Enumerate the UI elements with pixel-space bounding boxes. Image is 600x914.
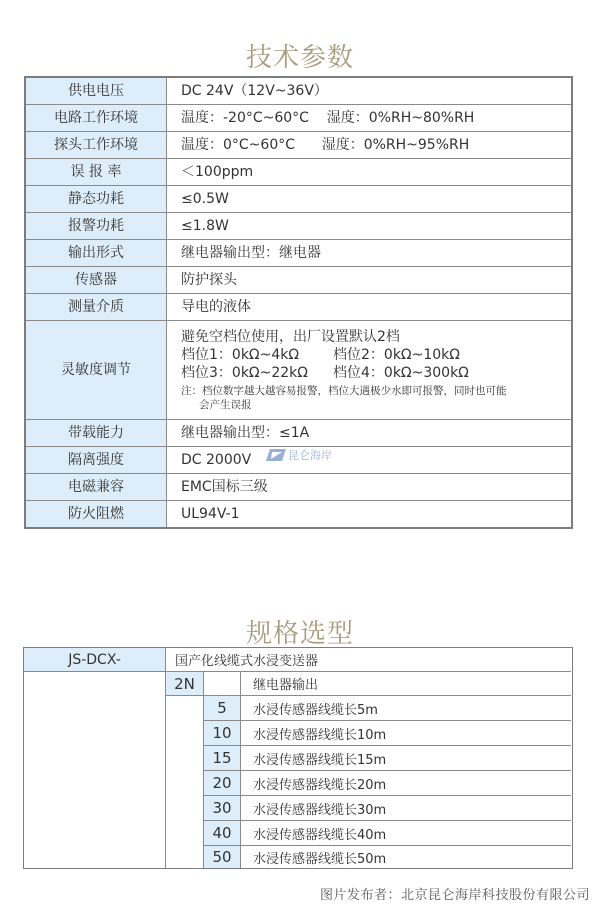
output-code-cell: 2N: [166, 672, 203, 695]
sensitivity-gears-3-4: 档位3：0kΩ~22kΩ 档位4：0kΩ~300kΩ: [181, 364, 571, 382]
spec-row: 防火阻燃 UL94V-1: [25, 501, 572, 529]
spec-row: 误 报 率 ＜100ppm: [25, 159, 572, 186]
length-desc: 水浸传感器线缆长50m: [253, 848, 386, 867]
sensitivity-gears-1-2: 档位1：0kΩ~4kΩ 档位2：0kΩ~10kΩ: [181, 346, 571, 364]
length-code-cell: 10: [204, 721, 240, 745]
divider: [203, 795, 571, 796]
gear-4: 档位4：0kΩ~300kΩ: [333, 364, 469, 382]
spec-value: DC 24V（12V~36V）: [167, 77, 573, 105]
length-desc: 水浸传感器线缆长20m: [253, 774, 386, 793]
spec-label: 输出形式: [25, 240, 167, 267]
sensitivity-value: 避免空档位使用，出厂设置默认2档 档位1：0kΩ~4kΩ 档位2：0kΩ~10k…: [167, 321, 573, 420]
length-desc-cell: 水浸传感器线缆长20m: [241, 771, 571, 795]
spec-row: 传感器 防护探头: [25, 267, 572, 294]
spec-row: 供电电压 DC 24V（12V~36V）: [25, 77, 572, 105]
model-selection-table: JS-DCX- 国产化线缆式水浸变送器 2N 继电器输出 5 水浸传感器线缆长5…: [23, 647, 573, 869]
length-desc-cell: 水浸传感器线缆长30m: [241, 796, 571, 820]
note-line-1: 注：档位数字越大越容易报警，档位大遇极少水即可报警，同时也可能: [181, 384, 563, 398]
sensitivity-default-note: 避免空档位使用，出厂设置默认2档: [181, 328, 571, 346]
spec-value: 导电的液体: [167, 294, 573, 321]
spec-value: 温度：-20°C~60°C 湿度：0%RH~80%RH: [167, 105, 573, 132]
length-code-cell: 40: [204, 821, 240, 845]
gear-1: 档位1：0kΩ~4kΩ: [181, 346, 333, 364]
spec-row: 报警功耗 ≤1.8W: [25, 213, 572, 240]
spec-row: 输出形式 继电器输出型：继电器: [25, 240, 572, 267]
divider: [165, 695, 571, 696]
image-credit: 图片发布者：北京昆仑海岸科技股份有限公司: [320, 884, 590, 903]
length-code-cell: 50: [204, 846, 240, 868]
output-desc: 继电器输出: [253, 674, 318, 693]
divider: [203, 820, 571, 821]
length-desc: 水浸传感器线缆长10m: [253, 724, 386, 743]
length-code: 15: [212, 749, 231, 767]
divider: [203, 745, 571, 746]
logo-icon: [266, 449, 286, 461]
spec-value: DC 2000V: [167, 447, 573, 474]
spec-value: ≤0.5W: [167, 186, 573, 213]
model-prefix-cell: JS-DCX-: [24, 648, 165, 671]
divider: [203, 720, 571, 721]
spec-label: 带载能力: [25, 420, 167, 447]
divider: [203, 770, 571, 771]
note-line-2: 会产生误报: [181, 398, 563, 412]
spec-label: 隔离强度: [25, 447, 167, 474]
length-code-cell: 20: [204, 771, 240, 795]
model-prefix-desc: 国产化线缆式水浸变送器: [175, 650, 318, 669]
divider: [165, 648, 166, 868]
model-prefix-desc-cell: 国产化线缆式水浸变送器: [165, 648, 571, 671]
divider: [203, 845, 571, 846]
length-code: 50: [212, 848, 231, 866]
spec-label: 测量介质: [25, 294, 167, 321]
spec-label: 探头工作环境: [25, 132, 167, 159]
spec-value: 温度：0°C~60°C 湿度：0%RH~95%RH: [167, 132, 573, 159]
length-desc: 水浸传感器线缆长5m: [253, 699, 378, 718]
output-code: 2N: [174, 675, 195, 693]
spec-label: 误 报 率: [25, 159, 167, 186]
length-code: 5: [217, 699, 227, 717]
length-code-cell: 15: [204, 746, 240, 770]
spec-value: 防护探头: [167, 267, 573, 294]
length-desc-cell: 水浸传感器线缆长50m: [241, 846, 571, 868]
model-prefix: JS-DCX-: [68, 652, 121, 668]
length-code: 10: [212, 724, 231, 742]
spec-label: 静态功耗: [25, 186, 167, 213]
length-code: 40: [212, 824, 231, 842]
output-desc-cell: 继电器输出: [241, 672, 571, 695]
model-section-title: 规格选型: [0, 613, 600, 650]
length-desc-cell: 水浸传感器线缆长15m: [241, 746, 571, 770]
gear-3: 档位3：0kΩ~22kΩ: [181, 364, 333, 382]
spec-label: 防火阻燃: [25, 501, 167, 529]
spec-value: UL94V-1: [167, 501, 573, 529]
length-code-cell: 30: [204, 796, 240, 820]
length-desc-cell: 水浸传感器线缆长10m: [241, 721, 571, 745]
spec-row-sensitivity: 灵敏度调节 避免空档位使用，出厂设置默认2档 档位1：0kΩ~4kΩ 档位2：0…: [25, 321, 572, 420]
spec-value: 继电器输出型：继电器: [167, 240, 573, 267]
length-desc: 水浸传感器线缆长15m: [253, 749, 386, 768]
spec-value: ＜100ppm: [167, 159, 573, 186]
spec-row: 电路工作环境 温度：-20°C~60°C 湿度：0%RH~80%RH: [25, 105, 572, 132]
spec-label: 报警功耗: [25, 213, 167, 240]
spec-value: ≤1.8W: [167, 213, 573, 240]
spec-label: 供电电压: [25, 77, 167, 105]
length-code: 30: [212, 799, 231, 817]
length-desc: 水浸传感器线缆长30m: [253, 799, 386, 818]
spec-row: 带载能力 继电器输出型：≤1A: [25, 420, 572, 447]
gear-2: 档位2：0kΩ~10kΩ: [333, 346, 460, 364]
length-desc: 水浸传感器线缆长40m: [253, 824, 386, 843]
spec-label: 电磁兼容: [25, 474, 167, 501]
length-desc-cell: 水浸传感器线缆长5m: [241, 696, 571, 720]
spec-label: 灵敏度调节: [25, 321, 167, 420]
watermark-text: 昆仑海岸: [288, 447, 332, 463]
length-code: 20: [212, 774, 231, 792]
spec-value: 继电器输出型：≤1A: [167, 420, 573, 447]
sensitivity-warning-note: 注：档位数字越大越容易报警，档位大遇极少水即可报警，同时也可能 会产生误报: [181, 384, 571, 412]
spec-row: 静态功耗 ≤0.5W: [25, 186, 572, 213]
watermark-logo: 昆仑海岸: [266, 447, 332, 463]
spec-row: 测量介质 导电的液体: [25, 294, 572, 321]
spec-label: 电路工作环境: [25, 105, 167, 132]
spec-row: 电磁兼容 EMC国标三级: [25, 474, 572, 501]
divider: [24, 671, 571, 672]
length-desc-cell: 水浸传感器线缆长40m: [241, 821, 571, 845]
spec-row: 探头工作环境 温度：0°C~60°C 湿度：0%RH~95%RH: [25, 132, 572, 159]
spec-section-title: 技术参数: [0, 37, 600, 74]
spec-label: 传感器: [25, 267, 167, 294]
length-code-cell: 5: [204, 696, 240, 720]
spec-value: EMC国标三级: [167, 474, 573, 501]
